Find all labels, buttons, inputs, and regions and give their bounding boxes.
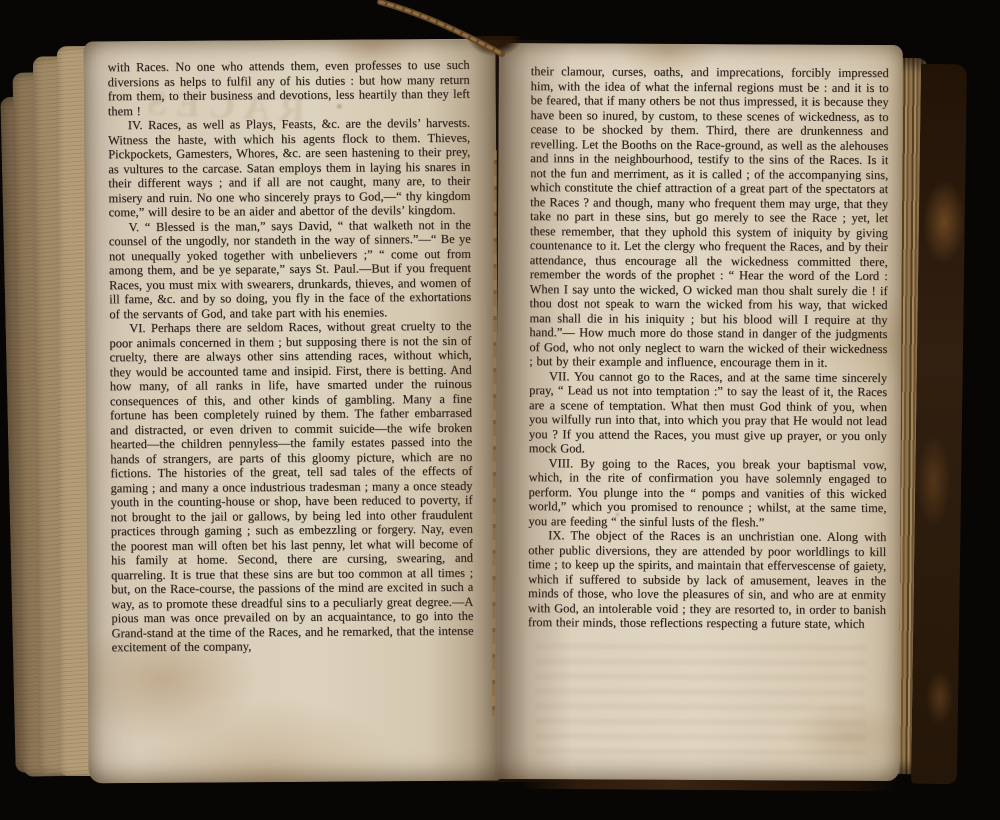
left-page-text: with Races. No one who attends them, eve… [108, 58, 475, 770]
photograph-open-book: RACES with Races. No one who attends the… [0, 0, 1000, 820]
hanging-cord [372, 0, 512, 60]
paragraph: V. “ Blessed is the man,” says David, “ … [109, 217, 472, 321]
paragraph: IV. Races, as well as Plays, Feasts, &c.… [108, 116, 471, 220]
paragraph: VII. You cannot go to the Races, and at … [529, 369, 887, 458]
right-page: their clamour, curses, oaths, and imprec… [495, 43, 903, 781]
paragraph: VIII. By going to the Races, you break y… [528, 456, 886, 530]
left-page: RACES with Races. No one who attends the… [83, 39, 500, 784]
paragraph: their clamour, curses, oaths, and imprec… [529, 64, 889, 370]
right-page-text: their clamour, curses, oaths, and imprec… [527, 64, 889, 769]
paragraph: IX. The object of the Races is an unchri… [528, 528, 887, 631]
cord-drawing [372, 0, 512, 60]
book-cover-right [911, 64, 967, 785]
paragraph: VI. Perhaps there are seldom Races, with… [109, 319, 473, 655]
paragraph: with Races. No one who attends them, eve… [108, 58, 470, 119]
